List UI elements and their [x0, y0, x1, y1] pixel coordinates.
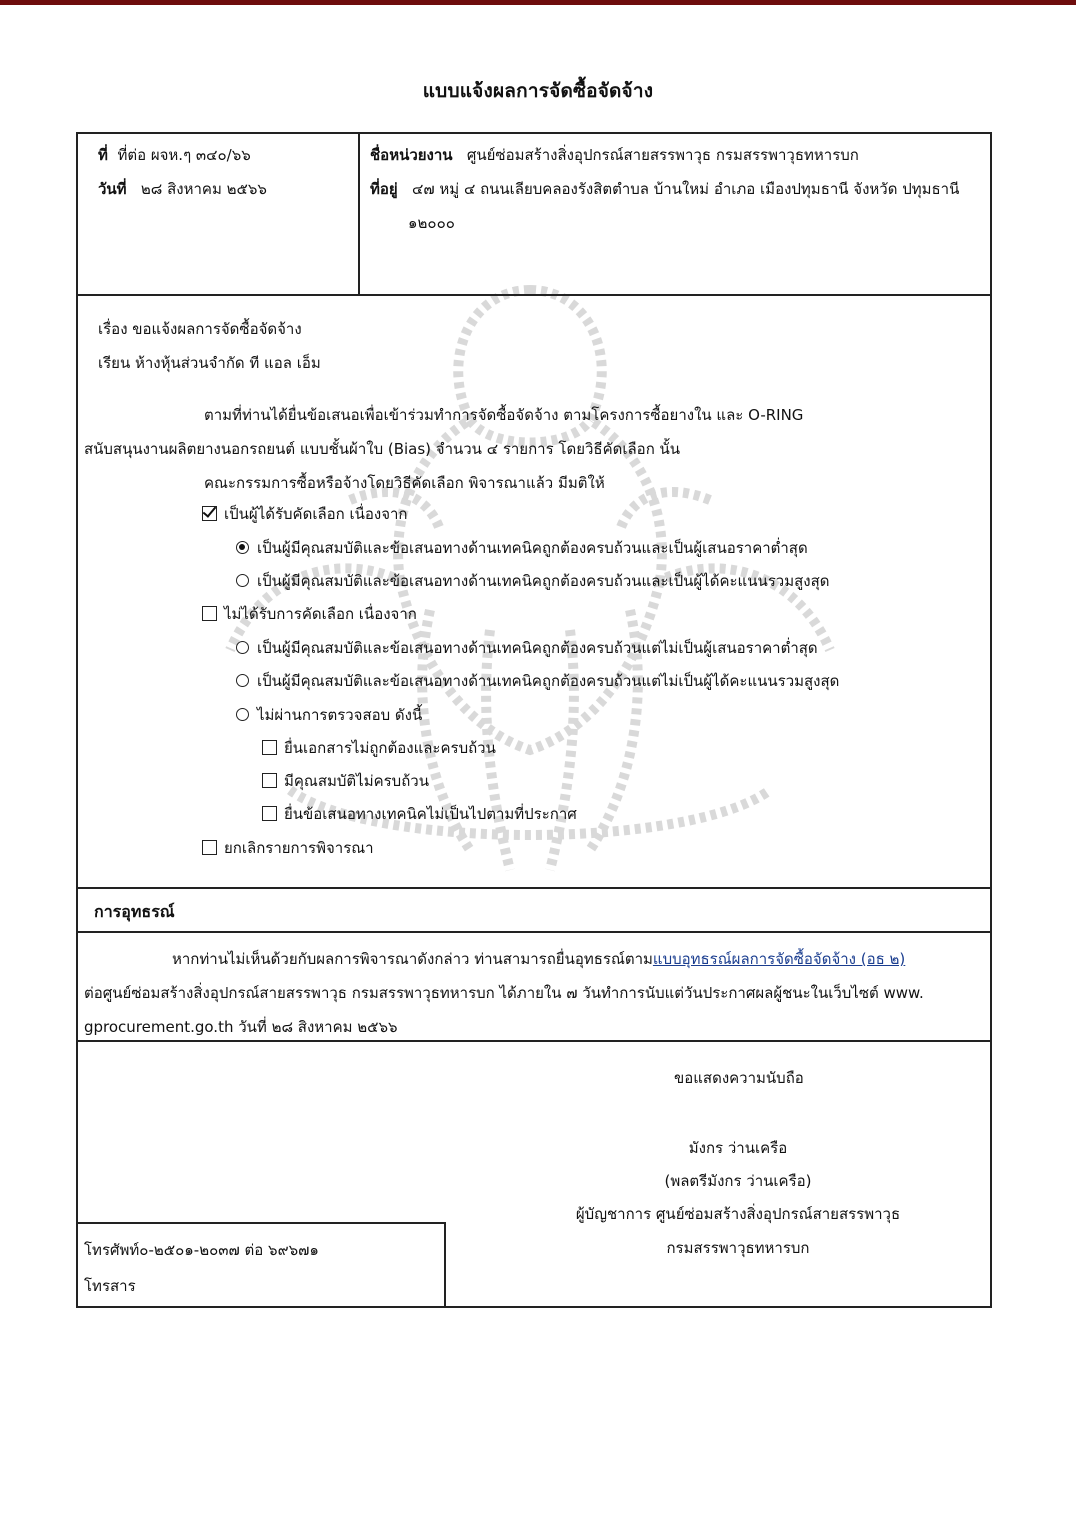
appeal-heading-rule [78, 931, 990, 933]
failed-check-documents[interactable]: ยื่นเอกสารไม่ถูกต้องและครบถ้วน [262, 738, 496, 758]
not-selected-reason-failed[interactable]: ไม่ผ่านการตรวจสอบ ดังนี้ [236, 705, 422, 725]
procurement-result-form: ที่ ที่ต่อ ผจห.ๆ ๓๔๐/๖๖ วันที่ ๒๘ สิงหาค… [76, 132, 992, 1308]
selected-reason-lowest-price[interactable]: เป็นผู้มีคุณสมบัติและข้อเสนอทางด้านเทคนิ… [236, 538, 808, 558]
not-selected-reason-price[interactable]: เป็นผู้มีคุณสมบัติและข้อเสนอทางด้านเทคนิ… [236, 638, 818, 658]
checkbox-documents[interactable] [262, 740, 277, 755]
agency-name: ชื่อหน่วยงาน ศูนย์ซ่อมสร้างสิ่งอุปกรณ์สา… [370, 145, 859, 165]
signer-department: กรมสรรพาวุธทหารบก [538, 1238, 938, 1258]
page-top-edge [0, 0, 1076, 5]
appeal-line2: ต่อศูนย์ซ่อมสร้างสิ่งอุปกรณ์สายสรรพาวุธ … [84, 983, 924, 1003]
checkbox-cancel[interactable] [202, 840, 217, 855]
header-divider [358, 134, 360, 294]
body-paragraph-line2: สนับสนุนงานผลิตยางนอกรถยนต์ แบบชั้นผ้าใบ… [84, 439, 680, 459]
not-selected-reason-score[interactable]: เป็นผู้มีคุณสมบัติและข้อเสนอทางด้านเทคนิ… [236, 671, 839, 691]
recipient-line: เรียน ห้างหุ้นส่วนจำกัด ที แอล เอ็ม [98, 353, 321, 373]
appeal-form-link[interactable]: แบบอุทธรณ์ผลการจัดซื้อจัดจ้าง (อธ ๒) [653, 950, 905, 968]
checkbox-technical[interactable] [262, 806, 277, 821]
checkbox-selected[interactable] [202, 506, 217, 521]
option-cancel[interactable]: ยกเลิกรายการพิจารณา [202, 838, 374, 858]
contact-fax: โทรสาร [84, 1276, 136, 1296]
document-title: แบบแจ้งผลการจัดซื้อจัดจ้าง [0, 76, 1076, 106]
document-date: วันที่ ๒๘ สิงหาคม ๒๕๖๖ [98, 179, 267, 199]
subject-line: เรื่อง ขอแจ้งผลการจัดซื้อจัดจ้าง [98, 319, 302, 339]
reference-number: ที่ ที่ต่อ ผจห.ๆ ๓๔๐/๖๖ [98, 145, 251, 165]
radio-not-highest-score[interactable] [236, 674, 249, 687]
body-paragraph-line1: ตามที่ท่านได้ยื่นข้อเสนอเพื่อเข้าร่วมทำก… [204, 405, 803, 425]
agency-address: ที่อยู่ ๔๗ หมู่ ๔ ถนนเลียบคลองรังสิตตำบล… [370, 179, 959, 199]
radio-lowest-price[interactable] [236, 541, 249, 554]
signer-name: มังกร ว่านเครือ [638, 1138, 838, 1158]
body-paragraph-line3: คณะกรรมการซื้อหรือจ้างโดยวิธีคัดเลือก พิ… [204, 473, 605, 493]
radio-not-lowest-price[interactable] [236, 641, 249, 654]
signer-position: ผู้บัญชาการ ศูนย์ซ่อมสร้างสิ่งอุปกรณ์สาย… [538, 1204, 938, 1224]
radio-highest-score[interactable] [236, 574, 249, 587]
radio-failed-inspection[interactable] [236, 708, 249, 721]
appeal-bottom-rule [78, 1040, 990, 1042]
option-not-selected[interactable]: ไม่ได้รับการคัดเลือก เนื่องจาก [202, 604, 417, 624]
failed-check-qualifications[interactable]: มีคุณสมบัติไม่ครบถ้วน [262, 771, 429, 791]
appeal-line1: หากท่านไม่เห็นด้วยกับผลการพิจารณาดังกล่า… [172, 949, 905, 969]
selected-reason-highest-score[interactable]: เป็นผู้มีคุณสมบัติและข้อเสนอทางด้านเทคนิ… [236, 571, 829, 591]
checkbox-qualifications[interactable] [262, 773, 277, 788]
appeal-line3: gprocurement.go.th วันที่ ๒๘ สิงหาคม ๒๕๖… [84, 1017, 398, 1037]
appeal-top-rule [78, 887, 990, 889]
checkbox-not-selected[interactable] [202, 606, 217, 621]
signer-full-name: (พลตรีมังกร ว่านเครือ) [638, 1171, 838, 1191]
signature-closing: ขอแสดงความนับถือ [674, 1068, 804, 1088]
contact-phone: โทรศัพท์๐-๒๕๐๑-๒๐๓๗ ต่อ ๖๙๖๗๑ [84, 1240, 319, 1260]
agency-postcode: ๑๒๐๐๐ [408, 213, 455, 233]
failed-check-technical[interactable]: ยื่นข้อเสนอทางเทคนิคไม่เป็นไปตามที่ประกา… [262, 804, 577, 824]
header-bottom-rule [78, 294, 990, 296]
option-selected[interactable]: เป็นผู้ได้รับคัดเลือก เนื่องจาก [202, 504, 408, 524]
appeal-heading: การอุทธรณ์ [94, 902, 175, 922]
